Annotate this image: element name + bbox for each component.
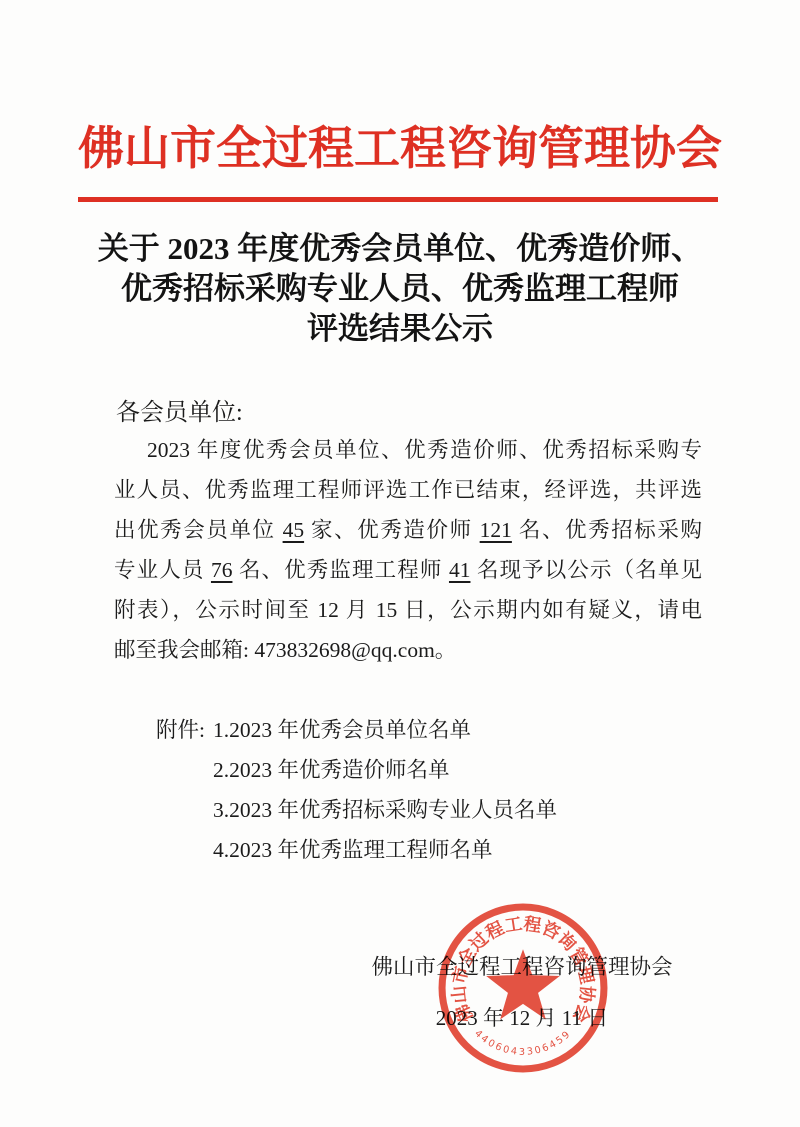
paragraph-text: 2023 年度优秀会员单位、优秀造价师、优秀招标采购专 bbox=[147, 438, 702, 462]
paragraph-text: 邮至我会邮箱: 473832698@qq.com。 bbox=[114, 638, 456, 662]
paragraph-line: 邮至我会邮箱: 473832698@qq.com。 bbox=[114, 630, 702, 670]
paragraph-text: 专业人员 bbox=[114, 558, 211, 582]
official-seal: 佛山市全过程工程咨询管理协会 4406043306459 bbox=[435, 900, 611, 1076]
attachment-item: 3.2023 年优秀招标采购专业人员名单 bbox=[213, 790, 557, 830]
underlined-count: 121 bbox=[480, 518, 512, 542]
notice-title-line: 关于 2023 年度优秀会员单位、优秀造价师、 bbox=[40, 229, 760, 269]
paragraph-text: 名、优秀招标采购 bbox=[512, 518, 702, 542]
attachment-item: 2.2023 年优秀造价师名单 bbox=[213, 750, 557, 790]
underlined-count: 45 bbox=[283, 518, 305, 542]
seal-code: 4406043306459 bbox=[472, 1028, 573, 1058]
notice-title-line: 评选结果公示 bbox=[40, 309, 760, 349]
letterhead-divider bbox=[78, 197, 718, 202]
paragraph-text: 名、优秀监理工程师 bbox=[232, 558, 449, 582]
body-paragraph: 2023 年度优秀会员单位、优秀造价师、优秀招标采购专业人员、优秀监理工程师评选… bbox=[114, 430, 702, 670]
underlined-count: 41 bbox=[449, 558, 471, 582]
seal-star-icon bbox=[486, 949, 560, 1019]
salutation: 各会员单位: bbox=[116, 392, 243, 427]
paragraph-text: 附表），公示时间至 12 月 15 日，公示期内如有疑义，请电 bbox=[114, 598, 702, 622]
paragraph-text: 名现予以公示（名单见 bbox=[470, 558, 702, 582]
paragraph-line: 业人员、优秀监理工程师评选工作已结束，经评选，共评选 bbox=[114, 470, 702, 510]
paragraph-line: 附表），公示时间至 12 月 15 日，公示期内如有疑义，请电 bbox=[114, 590, 702, 630]
paragraph-text: 业人员、优秀监理工程师评选工作已结束，经评选，共评选 bbox=[114, 478, 702, 502]
paragraph-line: 出优秀会员单位 45 家、优秀造价师 121 名、优秀招标采购 bbox=[114, 510, 702, 550]
attachment-item: 4.2023 年优秀监理工程师名单 bbox=[213, 830, 557, 870]
attachments-label: 附件: bbox=[156, 710, 205, 750]
notice-title: 关于 2023 年度优秀会员单位、优秀造价师、优秀招标采购专业人员、优秀监理工程… bbox=[40, 229, 760, 349]
letterhead-org-name: 佛山市全过程工程咨询管理协会 bbox=[0, 112, 800, 178]
scanned-notice-page: 佛山市全过程工程咨询管理协会 关于 2023 年度优秀会员单位、优秀造价师、优秀… bbox=[0, 0, 800, 1127]
notice-title-line: 优秀招标采购专业人员、优秀监理工程师 bbox=[40, 269, 760, 309]
attachments-list: 1.2023 年优秀会员单位名单2.2023 年优秀造价师名单3.2023 年优… bbox=[213, 710, 557, 870]
attachment-item: 1.2023 年优秀会员单位名单 bbox=[213, 710, 557, 750]
attachments-block: 附件: 1.2023 年优秀会员单位名单2.2023 年优秀造价师名单3.202… bbox=[156, 710, 557, 870]
underlined-count: 76 bbox=[211, 558, 233, 582]
paragraph-line: 专业人员 76 名、优秀监理工程师 41 名现予以公示（名单见 bbox=[114, 550, 702, 590]
paragraph-line: 2023 年度优秀会员单位、优秀造价师、优秀招标采购专 bbox=[114, 430, 702, 470]
paragraph-text: 家、优秀造价师 bbox=[304, 518, 480, 542]
paragraph-text: 出优秀会员单位 bbox=[114, 518, 283, 542]
